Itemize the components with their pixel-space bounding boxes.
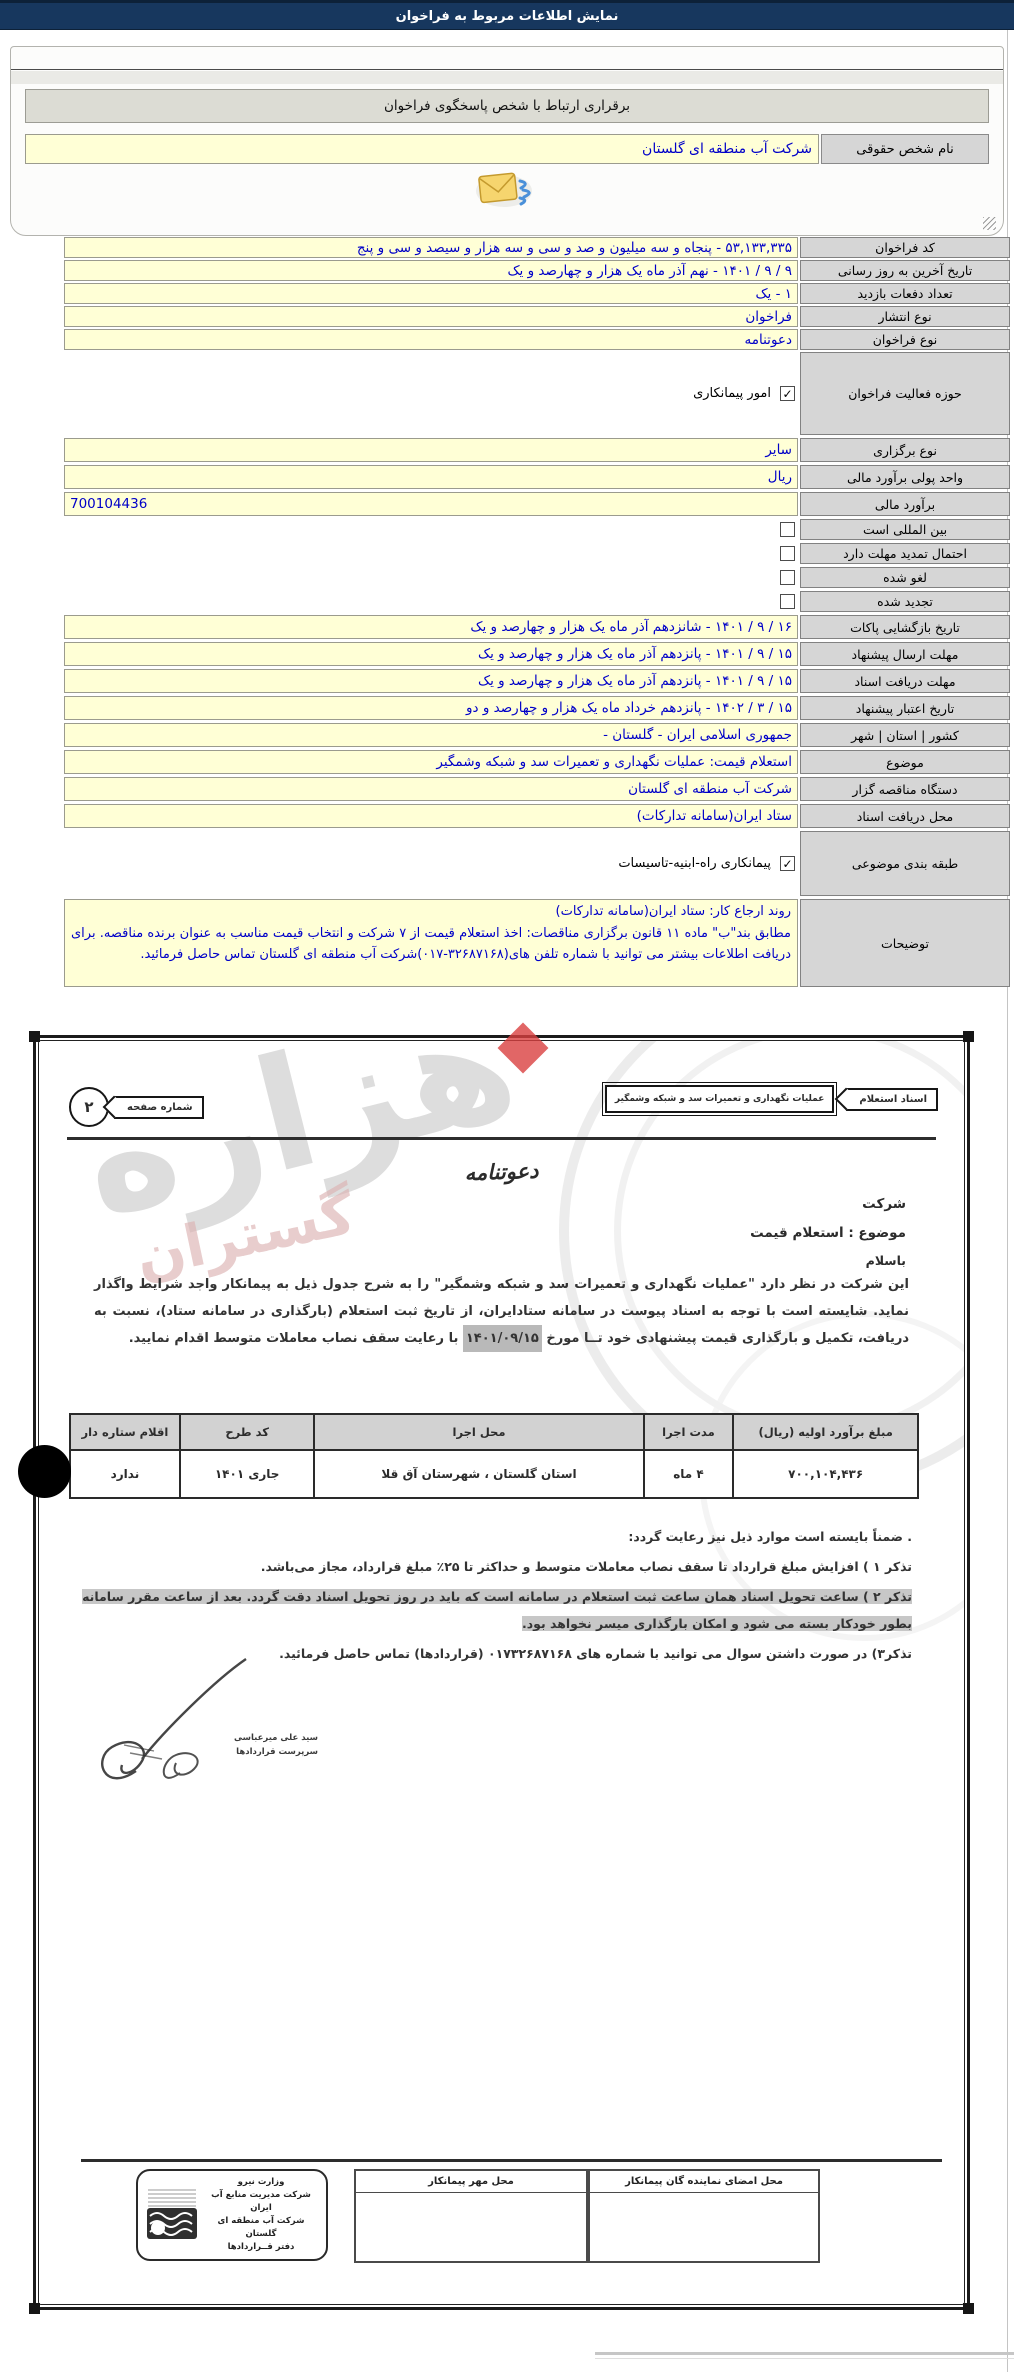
checkbox-label: پیمانکاری راه-ابنیه-تاسیسات — [618, 856, 771, 871]
org-line: دفتر قــراردادها — [204, 2241, 318, 2254]
envelope-icon — [472, 165, 542, 217]
form-row: لغو شده — [64, 567, 1010, 588]
inquiry-docs-tag: اسناد استعلام — [846, 1088, 938, 1111]
letter-recipient: شرکت — [862, 1196, 906, 1212]
field-label: کد فراخوان — [800, 237, 1010, 258]
letter-body-text: با رعایت سقف نصاب معاملات متوسط اقدام نم… — [129, 1331, 463, 1346]
deadline-date: ۱۴۰۱/۰۹/۱۵ — [463, 1325, 542, 1352]
legal-name-row: نام شخص حقوقی شرکت آب منطقه ای گلستان — [25, 134, 989, 164]
form-row: تجدید شده — [64, 591, 1010, 612]
form-row: توضیحات روند ارجاع کار: ستاد ایران(سامان… — [64, 899, 1010, 987]
form-row: موضوع استعلام قیمت: عملیات نگهداری و تعم… — [64, 750, 1010, 774]
resize-grip[interactable] — [983, 217, 996, 230]
description-textarea[interactable]: روند ارجاع کار: ستاد ایران(سامانه تدارکا… — [64, 899, 798, 987]
field-value[interactable]: ⁦۱۴۰۱ / ۹ / ۱۵⁩ - پانزدهم آذر ماه یک هزا… — [64, 642, 798, 666]
field-value — [64, 543, 798, 564]
signature-icon — [84, 1798, 364, 1817]
page-title: نمایش اطلاعات مربوط به فراخوان — [396, 9, 619, 24]
checkbox-unchecked[interactable] — [780, 546, 795, 561]
letter-notes: . ضمناً بایسته است موارد ذیل نیز رعایت گ… — [79, 1523, 912, 1670]
field-label: واحد پولی برآورد مالی — [800, 465, 1010, 489]
checkbox-label: امور پیمانکاری — [693, 386, 771, 401]
document-tags: اسناد استعلام عملیات نگهداری و تعمیرات س… — [605, 1085, 938, 1113]
page-number-tag: شماره صفحه — [114, 1096, 204, 1119]
document-content: ۲ شماره صفحه اسناد استعلام عملیات نگهدار… — [39, 1041, 964, 2304]
field-label: تجدید شده — [800, 591, 1010, 612]
header-rule — [67, 1137, 936, 1140]
field-label: بین المللی است — [800, 519, 1010, 540]
field-value[interactable]: استعلام قیمت: عملیات نگهداری و تعمیرات س… — [64, 750, 798, 774]
field-label: توضیحات — [800, 899, 1010, 987]
field-value[interactable]: ستاد ایران(سامانه تدارکات) — [64, 804, 798, 828]
document-page: هزاره گستران ۲ شماره صفحه اسناد استعلام … — [38, 1040, 965, 2305]
field-label: دستگاه مناقصه گزار — [800, 777, 1010, 801]
form-row: حوزه فعالیت فراخوان ✓ امور پیمانکاری — [64, 352, 1010, 435]
estimate-table: مبلغ برآورد اولیه (ریال) مدت اجرا محل اج… — [69, 1413, 919, 1499]
scanned-document: هزاره گستران ۲ شماره صفحه اسناد استعلام … — [33, 1035, 970, 2310]
field-label: لغو شده — [800, 567, 1010, 588]
field-value[interactable]: فراخوان — [64, 306, 798, 327]
field-value — [64, 567, 798, 588]
checkbox-unchecked[interactable] — [780, 522, 795, 537]
form-row: طبقه بندی موضوعی ✓ پیمانکاری راه-ابنیه-ت… — [64, 831, 1010, 896]
form-row: احتمال تمدید مهلت دارد — [64, 543, 1010, 564]
form-row: تاریخ بازگشایی پاکات ⁦۱۴۰۱ / ۹ / ۱۶⁩ - ش… — [64, 615, 1010, 639]
signer-role: سرپرست قراردادها — [234, 1745, 318, 1759]
signature-block: سید علی میرعباسی سرپرست قراردادها — [84, 1653, 364, 1813]
letter-salutation: باسلام — [866, 1253, 906, 1268]
field-value — [64, 591, 798, 612]
field-value[interactable]: ⁦۱۴۰۱ / ۹ / ۱۵⁩ - پانزدهم آذر ماه یک هزا… — [64, 669, 798, 693]
field-label: تعداد دفعات بازدید — [800, 283, 1010, 304]
contact-panel-title: برقراری ارتباط با شخص پاسخگوی فراخوان — [25, 89, 989, 123]
panel-divider — [11, 69, 1003, 70]
field-label: موضوع — [800, 750, 1010, 774]
org-line: شرکت مدیریت منابع آب ایران — [204, 2189, 318, 2215]
signature-cell: محل امضای نماینده گان پیمانکار — [588, 2169, 820, 2263]
field-label: نوع برگزاری — [800, 438, 1010, 462]
frame-corner — [963, 2303, 974, 2314]
field-label: کشور | استان | شهر — [800, 723, 1010, 747]
organization-box: وزارت نیرو شرکت مدیریت منابع آب ایران شر… — [136, 2169, 328, 2261]
frame-corner — [963, 1031, 974, 1042]
letter-subject: موضوع : استعلام قیمت — [750, 1225, 906, 1241]
form-row: مهلت دریافت اسناد ⁦۱۴۰۱ / ۹ / ۱۵⁩ - پانز… — [64, 669, 1010, 693]
col-header: مبلغ برآورد اولیه (ریال) — [733, 1414, 918, 1450]
notes-intro: . ضمناً بایسته است موارد ذیل نیز رعایت گ… — [79, 1523, 912, 1550]
field-value: ✓ امور پیمانکاری — [64, 352, 798, 435]
table-cell: ندارد — [70, 1450, 180, 1498]
window-titlebar: نمایش اطلاعات مربوط به فراخوان — [0, 0, 1014, 30]
col-header: مدت اجرا — [644, 1414, 734, 1450]
field-label: تاریخ اعتبار پیشنهاد — [800, 696, 1010, 720]
signature-cell-label: محل امضای نماینده گان پیمانکار — [590, 2171, 818, 2193]
scan-edge-artifact — [595, 2352, 1014, 2359]
form-row: کشور | استان | شهر جمهوری اسلامی ایران -… — [64, 723, 1010, 747]
field-label: تاریخ بازگشایی پاکات — [800, 615, 1010, 639]
send-email-button[interactable] — [472, 167, 542, 215]
letter-body: این شرکت در نظر دارد "عملیات نگهداری و ت… — [94, 1271, 909, 1352]
field-label: برآورد مالی — [800, 492, 1010, 516]
field-label: نوع انتشار — [800, 306, 1010, 327]
frame-corner — [29, 1031, 40, 1042]
call-details-form: کد فراخوان ⁦۵۳,۱۳۳,۳۳۵⁩ - پنجاه و سه میل… — [0, 237, 1014, 989]
form-row: محل دریافت اسناد ستاد ایران(سامانه تدارک… — [64, 804, 1010, 828]
org-line: وزارت نیرو — [204, 2176, 318, 2189]
form-row: برآورد مالی 700104436 — [64, 492, 1010, 516]
form-row: مهلت ارسال پیشنهاد ⁦۱۴۰۱ / ۹ / ۱۵⁩ - پان… — [64, 642, 1010, 666]
table-row: ⁦۷۰۰,۱۰۴,۴۳۶⁩ ۴ ماه استان گلستان ، شهرست… — [70, 1450, 918, 1498]
field-value[interactable]: ⁦۵۳,۱۳۳,۳۳۵⁩ - پنجاه و سه میلیون و صد و … — [64, 237, 798, 258]
punch-hole — [18, 1445, 71, 1498]
checkbox-unchecked[interactable] — [780, 594, 795, 609]
project-title-box: عملیات نگهداری و تعمیرات سد و شبکه وشمگی… — [605, 1085, 835, 1113]
table-header-row: مبلغ برآورد اولیه (ریال) مدت اجرا محل اج… — [70, 1414, 918, 1450]
field-value — [64, 519, 798, 540]
page-number-group: ۲ شماره صفحه — [69, 1087, 204, 1127]
contact-panel: برقراری ارتباط با شخص پاسخگوی فراخوان نا… — [10, 46, 1004, 236]
letter-heading: دعوتنامه — [39, 1143, 964, 1200]
form-row: تعداد دفعات بازدید ۱ - یک — [64, 283, 1010, 304]
table-cell: ۴ ماه — [644, 1450, 734, 1498]
field-value[interactable]: ⁦۱۴۰۱ / ۹ / ۱۶⁩ - شانزدهم آذر ماه یک هزا… — [64, 615, 798, 639]
note-1: تذکر ۱ ) افزایش مبلغ قرارداد تا سقف نصاب… — [79, 1553, 912, 1580]
stamp-cell: محل مهر پیمانکار — [354, 2169, 588, 2263]
stamp-cell-label: محل مهر پیمانکار — [356, 2171, 586, 2193]
field-value[interactable]: سایر — [64, 438, 798, 462]
footer-rule — [81, 2159, 942, 2162]
signer-info: سید علی میرعباسی سرپرست قراردادها — [234, 1731, 318, 1759]
form-row: نوع برگزاری سایر — [64, 438, 1010, 462]
form-row: تاریخ اعتبار پیشنهاد ⁦۱۴۰۲ / ۳ / ۱۵⁩ - پ… — [64, 696, 1010, 720]
table-cell: جاری ۱۴۰۱ — [180, 1450, 315, 1498]
field-value[interactable]: ⁦۱۴۰۱ / ۹ / ۹⁩ - نهم آذر ماه یک هزار و چ… — [64, 260, 798, 281]
form-row: واحد پولی برآورد مالی ریال — [64, 465, 1010, 489]
field-label: محل دریافت اسناد — [800, 804, 1010, 828]
field-label: مهلت دریافت اسناد — [800, 669, 1010, 693]
col-header: کد طرح — [180, 1414, 315, 1450]
field-label: حوزه فعالیت فراخوان — [800, 352, 1010, 435]
form-row: بین المللی است — [64, 519, 1010, 540]
form-row: تاریخ آخرین به روز رسانی ⁦۱۴۰۱ / ۹ / ۹⁩ … — [64, 260, 1010, 281]
field-label: احتمال تمدید مهلت دارد — [800, 543, 1010, 564]
field-label: مهلت ارسال پیشنهاد — [800, 642, 1010, 666]
legal-name-value[interactable]: شرکت آب منطقه ای گلستان — [25, 134, 819, 164]
note-2-highlighted: تذکر ۲ ) ساعت تحویل اسناد همان ساعت ثبت … — [82, 1589, 912, 1631]
field-value[interactable]: دعوتنامه — [64, 329, 798, 350]
field-value[interactable]: ریال — [64, 465, 798, 489]
field-label: نوع فراخوان — [800, 329, 1010, 350]
field-value[interactable]: 700104436 — [64, 492, 798, 516]
checkbox-checked[interactable]: ✓ — [780, 386, 795, 401]
wave-logo-icon — [146, 2186, 198, 2244]
checkbox-unchecked[interactable] — [780, 570, 795, 585]
table-cell: استان گلستان ، شهرستان آق قلا — [314, 1450, 643, 1498]
organization-names: وزارت نیرو شرکت مدیریت منابع آب ایران شر… — [204, 2176, 318, 2254]
checkbox-checked[interactable]: ✓ — [780, 856, 795, 871]
field-label: طبقه بندی موضوعی — [800, 831, 1010, 896]
form-row: نوع انتشار فراخوان — [64, 306, 1010, 327]
field-value[interactable]: ۱ - یک — [64, 283, 798, 304]
col-header: محل اجرا — [314, 1414, 643, 1450]
field-value[interactable]: شرکت آب منطقه ای گلستان — [64, 777, 798, 801]
col-header: اقلام ستاره دار — [70, 1414, 180, 1450]
field-value[interactable]: ⁦۱۴۰۲ / ۳ / ۱۵⁩ - پانزدهم خرداد ماه یک ه… — [64, 696, 798, 720]
legal-name-label: نام شخص حقوقی — [821, 134, 989, 164]
form-row: نوع فراخوان دعوتنامه — [64, 329, 1010, 350]
frame-corner — [29, 2303, 40, 2314]
table-cell: ⁦۷۰۰,۱۰۴,۴۳۶⁩ — [733, 1450, 918, 1498]
signer-name: سید علی میرعباسی — [234, 1731, 318, 1745]
org-line: شرکت آب منطقه ای گلستان — [204, 2215, 318, 2241]
field-value[interactable]: جمهوری اسلامی ایران - گلستان - — [64, 723, 798, 747]
field-label: تاریخ آخرین به روز رسانی — [800, 260, 1010, 281]
form-row: کد فراخوان ⁦۵۳,۱۳۳,۳۳۵⁩ - پنجاه و سه میل… — [64, 237, 1010, 258]
panel-strip — [11, 71, 1003, 84]
tender-info-screen: نمایش اطلاعات مربوط به فراخوان برقراری ا… — [0, 0, 1014, 2372]
form-row: دستگاه مناقصه گزار شرکت آب منطقه ای گلست… — [64, 777, 1010, 801]
field-value: ✓ پیمانکاری راه-ابنیه-تاسیسات — [64, 831, 798, 896]
